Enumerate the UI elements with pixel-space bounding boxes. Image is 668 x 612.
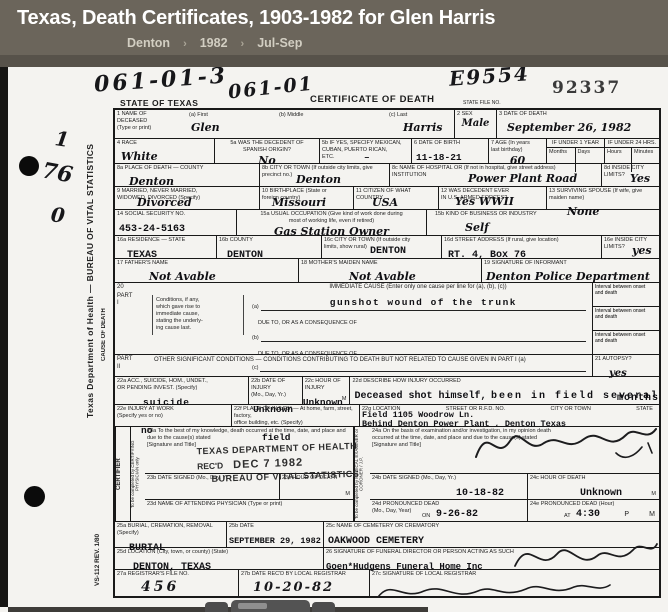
row-certifier: CERTIFIER To be completed by CERTIFYING … [115,427,659,522]
field-pronounced-dead-hour: 24e PRONOUNCED DEAD (Hour) AT 4:30 P M [528,500,659,521]
field-label: P [622,509,631,519]
field-label: IMMEDIATE CAUSE (Enter only one cause pe… [244,283,592,292]
field-mothers-maiden-name: 18 MOTHER'S MAIDEN NAME Not Avable [299,259,482,282]
field-label: IF UNDER 1 YEAR [547,139,604,148]
row-place-of-death: 8a PLACE OF DEATH — COUNTY Denton 8b CIT… [115,164,659,187]
zoom-slider-knob[interactable] [238,603,267,609]
zoom-slider[interactable] [231,600,310,612]
field-informant-signature: 19 SIGNATURE OF INFORMANT Denton Police … [482,259,659,282]
field-label: 25a BURIAL, CREMATION, REMOVAL (Specify) [115,522,226,537]
field-value: Yes [630,172,650,185]
field-value: September 26, 1982 [507,121,631,134]
viewer-header: Texas, Death Certificates, 1903-1982 for… [0,0,668,55]
field-label: Conditions, if any, which gave rise to i… [152,295,244,335]
field-label: (c) Last [387,111,409,119]
field-label: 1 NAME OF DECEASED (Type or print) [115,110,177,132]
certificate-form: 1 NAME OF DECEASED (Type or print) (a) F… [113,108,661,598]
field-value: Yes WWII [455,195,514,208]
field-value: 11-18-21 [416,152,462,163]
field-label: 25c NAME OF CEMETERY OR CREMATORY [324,522,659,530]
field-label: 4 RACE [115,139,214,147]
field-label: 16d STREET ADDRESS (If rural, give locat… [442,236,601,244]
field-label: IF UNDER 24 HRS. [605,139,659,148]
certifying-physician-note: To be completed by CERTIFYING PHYSICIAN … [130,427,145,521]
page-title: Texas, Death Certificates, 1903-1982 for… [17,7,495,30]
field-value: 453-24-5163 [119,224,185,235]
field-label: 23d NAME OF ATTENDING PHYSICIAN (Type or… [145,500,353,508]
field-date-of-death: 3 DATE OF DEATH September 26, 1982 [497,110,659,138]
field-value: SEPTEMBER 29, 1982 [229,536,321,546]
field-if-under-1-year: IF UNDER 1 YEAR Months Days [547,139,605,163]
field-label: 19 SIGNATURE OF INFORMANT [482,259,659,267]
field-label: CITY OR TOWN [548,405,592,413]
signature-medical-examiner [466,413,661,471]
field-value: USA [372,196,398,209]
margin-department-text: Texas Department of Health — BUREAU OF V… [86,90,102,472]
handwritten-code: 061-01-3 [93,62,229,97]
field-residence-city: 16c CITY OR TOWN (If outside city limits… [322,236,442,258]
field-label: 24e PRONOUNCED DEAD (Hour) [528,500,659,508]
field-label: M [647,509,657,519]
field-residence-county: 16b COUNTY DENTON [217,236,322,258]
field-label: (b) Middle [277,111,305,119]
field-value: White [121,150,158,163]
field-pronounced-dead-date: 24d PRONOUNCED DEAD (Mo., Day, Year) ON … [370,500,528,521]
chevron-right-icon: › [183,38,187,50]
field-value-handwritten: 456 [141,579,179,595]
toolbar-button-left[interactable] [205,602,228,612]
field-citizen-of: 11 CITIZEN OF WHAT COUNTRY USA [354,187,439,209]
field-label: ON [420,512,432,520]
field-hour-of-death-24c: 24c HOUR OF DEATH Unknown M [528,474,659,499]
field-value: Divorced [137,196,192,209]
state-of-texas-label: STATE OF TEXAS [120,98,198,108]
field-marital-status: 9 MARRIED, NEVER MARRIED, WIDOWED, DIVOR… [115,187,260,209]
field-label: 6 DATE OF BIRTH [412,139,488,147]
margin-cause-of-death-text: CAUSE OF DEATH [101,293,112,377]
field-label: (a) First [187,111,210,119]
field-value: DENTON [370,246,406,257]
field-label: 15b KIND OF BUSINESS OR INDUSTRY [433,210,659,218]
field-label: 22c HOUR OF INJURY [303,377,350,392]
field-label: 18 MOTHER'S MAIDEN NAME [299,259,481,267]
field-if-under-24-hrs: IF UNDER 24 HRS. Hours Minutes [605,139,659,163]
field-label: Interval between onset and death [593,331,659,355]
field-value: Denton Police Department [486,270,650,283]
signature-local-registrar [374,577,614,603]
field-conditions-note: Conditions, if any, which gave rise to i… [152,283,244,354]
field-armed-forces: 12 WAS DECEDENT EVER IN U.S. ARMED FORCE… [439,187,547,209]
field-birthplace: 10 BIRTHPLACE (State or foreign country)… [260,187,354,209]
field-how-injury-occurred: 22d DESCRIBE HOW INJURY OCCURRED Decease… [350,377,659,404]
field-value: 4:30 [576,509,600,520]
record-viewer-page: Texas, Death Certificates, 1903-1982 for… [0,0,668,612]
field-death-county: 8a PLACE OF DEATH — COUNTY Denton [115,164,260,186]
signature-funeral-director [509,532,659,577]
field-value-handwritten: 10-20-82 [253,580,334,595]
margin-form-number: VS-112 REV. 1/80 [95,523,107,597]
field-label: 7 AGE (In years last birthday) [489,139,546,154]
handwritten-code: 061-01 [227,73,315,104]
field-label: 21 AUTOPSY? [593,355,659,363]
field-label: 15a USUAL OCCUPATION (Give kind of work … [237,210,426,225]
field-label: 22d DESCRIBE HOW INJURY OCCURRED [350,377,659,385]
field-value: Self [465,221,489,234]
margin-handwriting: 1 [53,126,70,152]
field-fathers-name: 17 FATHER'S NAME Not Avable [115,259,299,282]
field-usual-occupation: 15a USUAL OCCUPATION (Give kind of work … [237,210,427,235]
breadcrumb-item-quarter[interactable]: Jul-Sep [257,36,302,50]
field-autopsy: 21 AUTOPSY? yes [593,355,659,376]
certificate-title: CERTIFICATE OF DEATH [310,94,435,105]
field-funeral-director: 26 SIGNATURE OF FUNERAL DIRECTOR OR PERS… [324,548,659,569]
row-parents: 17 FATHER'S NAME Not Avable 18 MOTHER'S … [115,259,659,283]
field-label: 14 SOCIAL SECURITY NO. [115,210,236,218]
scan-edge [0,67,8,607]
row-name: 1 NAME OF DECEASED (Type or print) (a) F… [115,110,659,139]
field-label: 16b COUNTY [217,236,321,244]
field-label: 24c HOUR OF DEATH [528,474,659,482]
row-cause-part1: 20 PART I Conditions, if any, which gave… [115,283,659,355]
field-value: Power Plant Road [468,172,577,185]
field-value: Not Avable [149,270,216,283]
field-value: gunshot wound of the trunk [330,297,517,308]
field-label: 25d LOCATION (City, town, or county) (St… [115,548,323,556]
field-kind-of-business: 15b KIND OF BUSINESS OR INDUSTRY Self [427,210,659,235]
field-label: 8a PLACE OF DEATH — COUNTY [115,164,259,172]
field-label: 27b DATE REC'D BY LOCAL REGISTRAR [239,570,369,578]
field-sex: 2 SEX Male [455,110,497,138]
row-ssn-occupation: 14 SOCIAL SECURITY NO. 453-24-5163 15a U… [115,210,659,236]
field-age: 7 AGE (In years last birthday) 60 [489,139,547,163]
field-value: Denton [296,173,341,186]
field-label: 22a ACC., SUICIDE, HOM., UNDET., OR PEND… [115,377,248,392]
field-other-significant-conditions: OTHER SIGNIFICANT CONDITIONS — CONDITION… [152,355,593,376]
field-manner-of-death: 22a ACC., SUICIDE, HOM., UNDET., OR PEND… [115,377,249,404]
field-label: Interval between onset and death [593,307,659,331]
field-label: OTHER SIGNIFICANT CONDITIONS — CONDITION… [152,355,592,365]
field-value: Unknown [580,488,622,500]
hole-punch [24,486,45,507]
field-injury-at-work: 22e INJURY AT WORK (Specify yes or no) n… [115,405,232,426]
field-label: Interval between onset and death [593,283,659,307]
field-label: M [649,490,658,498]
margin-handwriting: 76 [40,158,75,189]
field-label: 27a REGISTRAR'S FILE NO. [115,570,238,578]
field-street-address: 16d STREET ADDRESS (If rural, give locat… [442,236,602,258]
breadcrumb-item-county[interactable]: Denton [127,36,170,50]
field-date-of-injury: 22b DATE OF INJURY (Mo., Day, Yr.) Unkno… [249,377,303,404]
field-label: 20 [115,283,152,292]
field-date-of-birth: 6 DATE OF BIRTH 11-18-21 [412,139,489,163]
field-social-security-no: 14 SOCIAL SECURITY NO. 453-24-5163 [115,210,237,235]
field-label: 5a WAS THE DECEDENT OF SPANISH ORIGIN? [215,139,319,154]
field-label: 13 SURVIVING SPOUSE (If wife, give maide… [547,187,659,202]
field-label: DUE TO, OR AS A CONSEQUENCE OF [258,320,357,326]
field-label: M [340,395,349,403]
field-label: PART I [115,292,152,309]
field-label: 16a RESIDENCE — STATE [115,236,216,244]
field-value: 9-26-82 [436,509,478,520]
field-label: 2 SEX [455,110,496,118]
field-value-handwritten: months [617,393,659,404]
field-place-of-injury: 22f PLACE OF INJURY — At home, farm, str… [232,405,360,426]
field-specify-origin: 5b IF YES, SPECIFY MEXICAN, CUBAN, PUERT… [320,139,412,163]
field-value: – [364,152,370,163]
field-interval-column: Interval between onset and death Interva… [593,283,659,354]
field-label: M [343,490,352,498]
field-name-of-deceased: 1 NAME OF DECEASED (Type or print) (a) F… [115,110,455,138]
chevron-right-icon: › [241,38,245,50]
field-date-recd-registrar: 27b DATE REC'D BY LOCAL REGISTRAR 10-20-… [239,570,370,596]
field-spanish-origin: 5a WAS THE DECEDENT OF SPANISH ORIGIN? N… [215,139,320,163]
toolbar-button-right[interactable] [312,602,335,612]
field-value: Glen [191,121,220,134]
field-hospital-or-institution: 8c NAME OF HOSPITAL OR (If not in hospit… [390,164,602,186]
field-value: Harris [403,121,442,134]
margin-handwriting: 0 [50,202,66,227]
row-injury-1: 22a ACC., SUICIDE, HOM., UNDET., OR PEND… [115,377,659,405]
header-band [0,55,668,67]
field-label: 22f PLACE OF INJURY — At home, farm, str… [232,405,359,427]
field-label: 25b DATE [227,522,323,530]
field-part1-label: 20 PART I [115,283,152,354]
row-marital: 9 MARRIED, NEVER MARRIED, WIDOWED, DIVOR… [115,187,659,210]
state-file-no-label: STATE FILE NO. [463,100,501,106]
field-value: Male [455,118,496,129]
field-value: Deceased shot himself, [354,391,486,402]
field-value: Missouri [272,196,326,209]
field-label: AT [562,512,573,520]
field-label: 17 FATHER'S NAME [115,259,298,267]
field-value: yes [632,244,652,257]
field-label: 22b DATE OF INJURY (Mo., Day, Yr.) [249,377,302,399]
field-date-signed-24b: 24b DATE SIGNED (Mo., Day, Yr.) 10-18-82 [370,474,528,499]
field-value: 10-18-82 [456,488,504,499]
field-race: 4 RACE White [115,139,215,163]
row-cause-part2: PART II OTHER SIGNIFICANT CONDITIONS — C… [115,355,659,377]
field-label: 3 DATE OF DEATH [497,110,659,118]
field-label: (b) [250,334,261,342]
field-burial-location: 25d LOCATION (City, town, or county) (St… [115,548,324,569]
document-image[interactable]: Texas Department of Health — BUREAU OF V… [0,67,668,612]
field-burial-date: 25b DATE SEPTEMBER 29, 1982 [227,522,324,547]
field-value: OAKWOOD CEMETERY [328,536,424,547]
field-hour-of-injury: 22c HOUR OF INJURY Unknown M [303,377,351,404]
stamped-number: 92337 [552,78,621,98]
field-attending-physician: 23d NAME OF ATTENDING PHYSICIAN (Type or… [145,500,353,521]
field-burial-type: 25a BURIAL, CREMATION, REMOVAL (Specify)… [115,522,227,547]
field-inside-city-limits-res: 16e INSIDE CITY LIMITS? yes [602,236,659,258]
row-funeral-director: 25d LOCATION (City, town, or county) (St… [115,548,659,570]
field-registrar-file-no: 27a REGISTRAR'S FILE NO. 456 [115,570,239,596]
field-value: Not Avable [349,270,416,283]
field-residence-state: 16a RESIDENCE — STATE TEXAS [115,236,217,258]
field-immediate-cause: IMMEDIATE CAUSE (Enter only one cause pe… [244,283,593,354]
field-label: 22e INJURY AT WORK (Specify yes or no) [115,405,231,420]
row-race: 4 RACE White 5a WAS THE DECEDENT OF SPAN… [115,139,659,164]
row-residence: 16a RESIDENCE — STATE TEXAS 16b COUNTY D… [115,236,659,259]
certifier-vertical-label: CERTIFIER [115,427,130,521]
field-label: (a) [250,303,261,311]
breadcrumb: Denton›1982›Jul-Sep [127,36,315,50]
field-inside-city-limits-death: 8d INSIDE CITY LIMITS? Yes [602,164,659,186]
field-part2-label: PART II [115,355,152,376]
field-death-city: 8b CITY OR TOWN (If outside city limits,… [260,164,390,186]
field-label: PART II [115,355,152,372]
field-label: STATE [634,405,655,413]
certifier-physician-column: 23a To the best of my knowledge, death o… [145,427,354,521]
hole-punch [19,156,39,176]
field-surviving-spouse: 13 SURVIVING SPOUSE (If wife, give maide… [547,187,659,209]
breadcrumb-item-year[interactable]: 1982 [200,36,228,50]
